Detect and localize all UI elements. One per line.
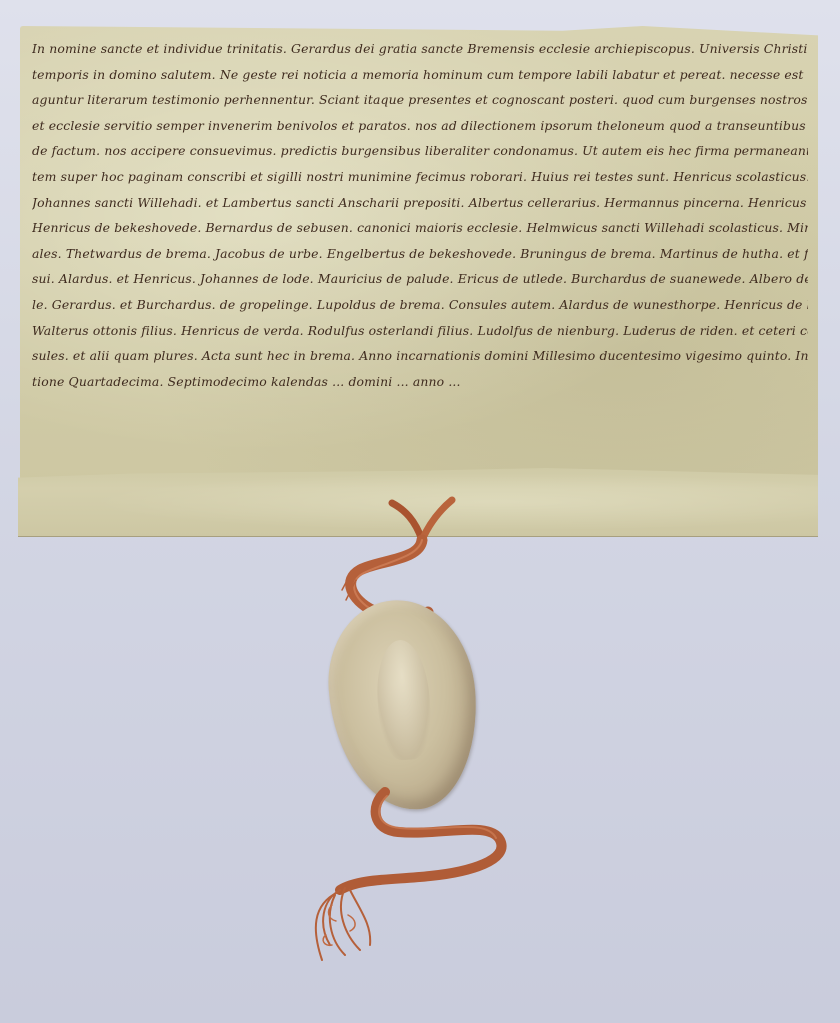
silk-cord-lower xyxy=(0,0,840,1023)
